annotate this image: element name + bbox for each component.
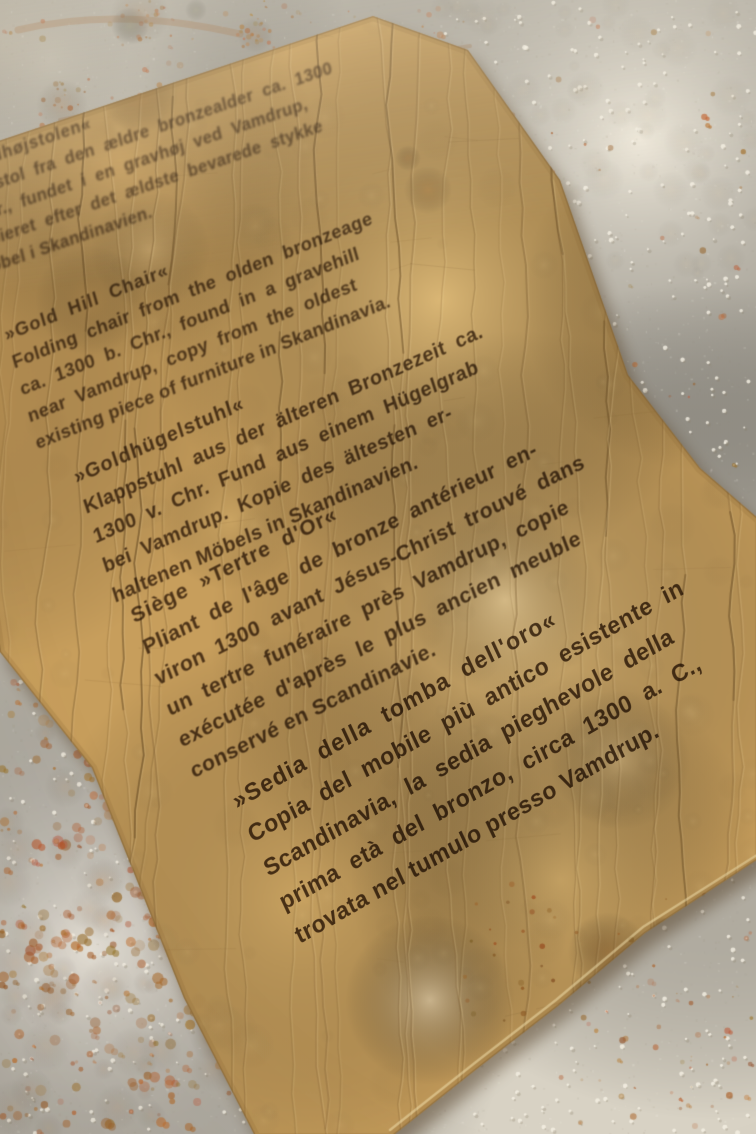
photo-texture-canvas: [0, 0, 756, 1134]
photo-of-museum-label: »Guldhøjstolen« Klapstol fra den ældre b…: [0, 0, 756, 1134]
